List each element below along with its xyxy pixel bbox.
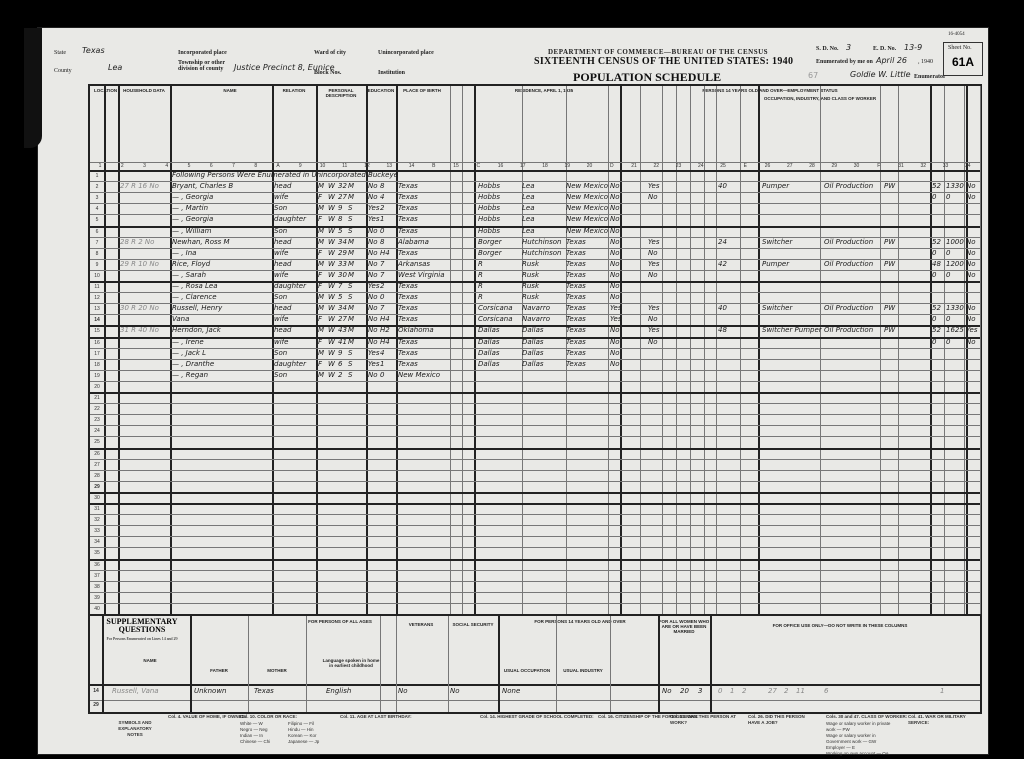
cell-city1935: Hobbs xyxy=(478,215,500,223)
row-divider xyxy=(90,603,980,604)
supp-col-language: Language spoken in home in earliest chil… xyxy=(322,658,380,668)
line-number: 18 xyxy=(91,362,103,368)
row-divider xyxy=(90,448,980,450)
supp-vdivider xyxy=(610,616,611,712)
cell-visit: 30 R 20 No xyxy=(120,304,159,312)
cell-county1935: Dallas xyxy=(522,360,544,368)
supp-office-code: 27 xyxy=(768,687,777,695)
cell-marital: S xyxy=(348,227,352,235)
cell-state1935: Texas xyxy=(566,338,586,346)
cell-relation: wife xyxy=(274,315,288,323)
cell-age: 2 xyxy=(338,371,342,379)
note-col14: Col. 14. HIGHEST GRADE OF SCHOOL COMPLET… xyxy=(480,714,594,720)
cell-grade: 7 xyxy=(380,260,384,268)
supp-office-code: 2 xyxy=(742,687,746,695)
cell-grade: 8 xyxy=(380,182,384,190)
column-number: 6 xyxy=(205,163,217,169)
cell-marital: M xyxy=(348,182,354,190)
line-number: 29 xyxy=(91,484,103,490)
cell-birthplace: Texas xyxy=(398,349,418,357)
cell-age: 30 xyxy=(338,271,347,279)
cell-age: 34 xyxy=(338,304,347,312)
race-codes: Filipino — Fil Hindu — Hin Korean — Kor … xyxy=(288,721,328,745)
cell-county1935: Lea xyxy=(522,215,535,223)
sd-label: S. D. No. xyxy=(816,46,839,52)
cell-name: Herndon, Jack xyxy=(172,326,221,334)
cell-race: W xyxy=(328,371,335,379)
supp-vdivider xyxy=(102,616,104,712)
cell-farm: No xyxy=(610,215,620,223)
cell-city1935: Borger xyxy=(478,238,502,246)
cell-school: No xyxy=(368,260,378,268)
population-schedule-grid: LOCATION HOUSEHOLD DATA NAME RELATION PE… xyxy=(88,84,982,616)
cell-school: No xyxy=(368,338,378,346)
column-number: 7 xyxy=(228,163,240,169)
cell-race: W xyxy=(328,282,335,290)
cell-occupation: Switcher Pumper xyxy=(762,326,822,334)
cell-at_work: No xyxy=(648,271,658,279)
cell-weeks: 0 xyxy=(932,315,936,323)
supp-vdivider xyxy=(306,616,307,712)
cell-school: No xyxy=(368,271,378,279)
class-code: Wage or salary worker in Government work… xyxy=(826,733,896,745)
cell-at_work: Yes xyxy=(648,260,659,268)
line-number: 16 xyxy=(91,340,103,346)
cell-name: — , Dranthe xyxy=(172,360,214,368)
cell-city1935: Dallas xyxy=(478,360,500,368)
cell-marital: M xyxy=(348,260,354,268)
cell-age: 8 xyxy=(338,215,342,223)
supp-title: SUPPLEMENTARY QUESTIONS xyxy=(94,618,190,634)
cell-name: — , Regan xyxy=(172,371,208,379)
cell-state1935: Texas xyxy=(566,326,586,334)
column-number: 24 xyxy=(695,163,707,169)
cell-race: W xyxy=(328,315,335,323)
cell-birthplace: Arkansas xyxy=(398,260,430,268)
cell-marital: S xyxy=(348,282,352,290)
cell-marital: S xyxy=(348,204,352,212)
cell-sex: M xyxy=(318,293,324,301)
line-number: 31 xyxy=(91,506,103,512)
cell-race: W xyxy=(328,249,335,257)
cell-age: 9 xyxy=(338,204,342,212)
row-divider xyxy=(90,470,980,471)
line-number: 13 xyxy=(91,306,103,312)
column-number: 30 xyxy=(851,163,863,169)
cell-relation: wife xyxy=(274,271,288,279)
cell-hours: 42 xyxy=(718,260,727,268)
line-number: 19 xyxy=(91,373,103,379)
cell-name: — , Irene xyxy=(172,338,204,346)
line-number: 20 xyxy=(91,384,103,390)
cell-birthplace: Texas xyxy=(398,182,418,190)
line-number: 29 xyxy=(90,702,102,708)
column-number: 8 xyxy=(250,163,262,169)
cell-birthplace: Texas xyxy=(398,215,418,223)
cell-other_income: Yes xyxy=(966,326,977,334)
cell-at_work: Yes xyxy=(648,238,659,246)
cell-sex: M xyxy=(318,349,324,357)
note-col4: Col. 4. VALUE OF HOME, IF OWNED: xyxy=(168,714,246,720)
cell-name: Russell, Henry xyxy=(172,304,222,312)
cell-grade: H4 xyxy=(380,338,390,346)
column-number: F xyxy=(873,163,885,169)
line-number: 34 xyxy=(91,539,103,545)
cell-class: PW xyxy=(884,304,895,312)
census-page: State Texas County Lea Incorporated plac… xyxy=(38,28,988,754)
cell-age: 9 xyxy=(338,349,342,357)
supp-vdivider xyxy=(380,616,381,712)
line-number: 15 xyxy=(91,328,103,334)
cell-birthplace: Texas xyxy=(398,282,418,290)
line-number: 39 xyxy=(91,595,103,601)
column-number: 3 xyxy=(139,163,151,169)
cell-city1935: R xyxy=(478,271,483,279)
cell-marital: M xyxy=(348,338,354,346)
cell-other_income: No xyxy=(966,338,976,346)
supp-vdivider xyxy=(658,616,660,712)
cell-age: 27 xyxy=(338,193,347,201)
column-number: 25 xyxy=(717,163,729,169)
cell-occupation: Switcher xyxy=(762,238,792,246)
cell-state1935: Texas xyxy=(566,260,586,268)
cell-marital: M xyxy=(348,249,354,257)
race-codes: White — W Negro — Neg Indian — In Chines… xyxy=(240,721,280,745)
cell-age: 29 xyxy=(338,249,347,257)
line-number: 36 xyxy=(91,562,103,568)
cell-other_income: No xyxy=(966,304,976,312)
cell-industry: Oil Production xyxy=(824,260,873,268)
column-number: 4 xyxy=(161,163,173,169)
class-codes: Wage or salary worker in private work — … xyxy=(826,721,896,757)
cell-farm: No xyxy=(610,360,620,368)
cell-name: — , Georgia xyxy=(172,193,213,201)
cell-farm: No xyxy=(610,326,620,334)
column-number: 2 xyxy=(116,163,128,169)
supp-father-birthplace: Unknown xyxy=(194,687,227,695)
cell-age: 41 xyxy=(338,338,347,346)
column-number: 5 xyxy=(183,163,195,169)
cell-city1935: Dallas xyxy=(478,338,500,346)
column-number: 29 xyxy=(828,163,840,169)
supp-col-social-security: SOCIAL SECURITY xyxy=(448,622,498,627)
cell-city1935: Hobbs xyxy=(478,193,500,201)
column-number: 16 xyxy=(495,163,507,169)
county-value: Lea xyxy=(108,63,122,72)
cell-hours: 40 xyxy=(718,304,727,312)
line-number: 14 xyxy=(91,317,103,323)
cell-relation: wife xyxy=(274,193,288,201)
supp-vdivider xyxy=(248,616,249,712)
cell-weeks: 0 xyxy=(932,338,936,346)
cell-name: Bryant, Charles B xyxy=(172,182,233,190)
cell-grade: H4 xyxy=(380,249,390,257)
cell-city1935: Corsicana xyxy=(478,315,513,323)
line-number: 10 xyxy=(91,273,103,279)
supp-office-code: 0 xyxy=(718,687,722,695)
cell-name: Vana xyxy=(172,315,189,323)
cell-school: Yes xyxy=(368,215,379,223)
row-divider xyxy=(90,370,980,371)
column-number: 34 xyxy=(962,163,974,169)
cell-farm: No xyxy=(610,282,620,290)
cell-at_work: Yes xyxy=(648,304,659,312)
county-label: County xyxy=(54,68,72,74)
line-number: 24 xyxy=(91,428,103,434)
cell-hours: 40 xyxy=(718,182,727,190)
cell-other_income: No xyxy=(966,260,976,268)
cell-relation: daughter xyxy=(274,360,306,368)
row-divider xyxy=(90,392,980,394)
cell-at_work: No xyxy=(648,193,658,201)
cell-marital: S xyxy=(348,215,352,223)
cell-industry: Oil Production xyxy=(824,304,873,312)
cell-weeks: 48 xyxy=(932,260,941,268)
column-number: 31 xyxy=(895,163,907,169)
cell-sex: F xyxy=(318,215,322,223)
column-number: C xyxy=(472,163,484,169)
cell-relation: head xyxy=(274,238,291,246)
row-divider xyxy=(90,570,980,571)
cell-school: Yes xyxy=(368,282,379,290)
sheet-value: 61A xyxy=(952,55,974,69)
cell-birthplace: Texas xyxy=(398,227,418,235)
cell-age: 33 xyxy=(338,260,347,268)
column-number-divider xyxy=(90,162,980,163)
explanatory-notes: SYMBOLS AND EXPLANATORY NOTES Col. 4. VA… xyxy=(88,712,978,752)
cell-age: 43 xyxy=(338,326,347,334)
row-divider xyxy=(90,547,980,548)
cell-city1935: Borger xyxy=(478,249,502,257)
supp-veteran: No xyxy=(398,687,408,695)
cell-county1935: Dallas xyxy=(522,349,544,357)
cell-sex: M xyxy=(318,182,324,190)
supp-office-use: FOR OFFICE USE ONLY—DO NOT WRITE IN THES… xyxy=(710,623,970,628)
line-number: 27 xyxy=(91,462,103,468)
cell-school: No xyxy=(368,304,378,312)
line-number: 11 xyxy=(91,284,103,290)
row-divider xyxy=(90,536,980,537)
supp-mother-birthplace: Texas xyxy=(254,687,274,695)
column-number: 17 xyxy=(517,163,529,169)
cell-class: PW xyxy=(884,182,895,190)
supp-age-first-marriage: 20 xyxy=(680,687,689,695)
cell-class: PW xyxy=(884,238,895,246)
cell-grade: 8 xyxy=(380,238,384,246)
ed-label: E. D. No. xyxy=(873,46,896,52)
cell-school: No xyxy=(368,227,378,235)
cell-state1935: New Mexico xyxy=(566,227,608,235)
cell-weeks: 0 xyxy=(932,249,936,257)
row-divider xyxy=(90,203,980,204)
cell-relation: Son xyxy=(274,371,287,379)
cell-farm: Yes xyxy=(610,315,621,323)
cell-county1935: Rusk xyxy=(522,293,539,301)
col-group-household: HOUSEHOLD DATA xyxy=(118,88,170,93)
cell-at_work: No xyxy=(648,315,658,323)
cell-city1935: R xyxy=(478,293,483,301)
note-col10: Col. 10. COLOR OR RACE: xyxy=(240,714,297,720)
sheet-label: Sheet No. xyxy=(948,45,972,51)
cell-grade: 0 xyxy=(380,371,384,379)
cell-at_work: Yes xyxy=(648,326,659,334)
column-number: 10 xyxy=(317,163,329,169)
column-number: 22 xyxy=(650,163,662,169)
cell-relation: Son xyxy=(274,349,287,357)
line-number: 5 xyxy=(91,217,103,223)
cell-other_income: No xyxy=(966,271,976,279)
cell-income: 1200 xyxy=(946,260,964,268)
col-group-education: EDUCATION xyxy=(366,88,396,93)
column-number: 12 xyxy=(361,163,373,169)
cell-sex: M xyxy=(318,326,324,334)
state-value: Texas xyxy=(82,46,105,55)
cell-age: 34 xyxy=(338,238,347,246)
cell-sex: F xyxy=(318,360,322,368)
cell-name: — , Rosa Lea xyxy=(172,282,217,290)
cell-marital: M xyxy=(348,193,354,201)
note-col30: Cols. 30 and 47. CLASS OF WORKER: xyxy=(826,714,907,720)
form-number: 16-4054 xyxy=(948,32,965,37)
row-divider xyxy=(90,226,980,228)
cell-marital: M xyxy=(348,271,354,279)
column-divider xyxy=(620,86,622,614)
cell-race: W xyxy=(328,271,335,279)
cell-marital: M xyxy=(348,326,354,334)
cell-income: 1000 xyxy=(946,238,964,246)
cell-school: No xyxy=(368,371,378,379)
row-divider xyxy=(90,525,980,526)
col-group-birthplace: PLACE OF BIRTH xyxy=(396,88,448,93)
line-number: 6 xyxy=(91,229,103,235)
ed-value: 13-9 xyxy=(904,43,922,52)
cell-occupation: Pumper xyxy=(762,182,789,190)
column-divider xyxy=(690,86,691,614)
cell-visit: 31 R 40 No xyxy=(120,326,159,334)
page-stamp: 67 xyxy=(808,71,818,80)
line-number: 7 xyxy=(91,240,103,246)
cell-marital: M xyxy=(348,238,354,246)
note-col26: Col. 26. DID THIS PERSON HAVE A JOB? xyxy=(748,714,818,726)
cell-name: — , Clarence xyxy=(172,293,217,301)
column-number: 11 xyxy=(339,163,351,169)
cell-farm: Yes xyxy=(610,304,621,312)
cell-state1935: New Mexico xyxy=(566,204,608,212)
supp-usual-occupation: None xyxy=(502,687,520,695)
cell-sex: F xyxy=(318,193,322,201)
cell-race: W xyxy=(328,326,335,334)
cell-county1935: Rusk xyxy=(522,282,539,290)
line-number: 40 xyxy=(91,606,103,612)
column-number: 33 xyxy=(940,163,952,169)
cell-age: 27 xyxy=(338,315,347,323)
cell-race: W xyxy=(328,193,335,201)
cell-state1935: New Mexico xyxy=(566,215,608,223)
line-number: 38 xyxy=(91,584,103,590)
cell-birthplace: Texas xyxy=(398,204,418,212)
column-divider xyxy=(980,86,981,614)
note-col11: Col. 11. AGE AT LAST BIRTHDAY: xyxy=(340,714,412,720)
cell-grade: 2 xyxy=(380,204,384,212)
cell-state1935: Texas xyxy=(566,249,586,257)
row-divider xyxy=(90,459,980,460)
line-number: 25 xyxy=(91,439,103,445)
cell-birthplace: Texas xyxy=(398,304,418,312)
row-divider xyxy=(90,192,980,193)
row-divider xyxy=(90,514,980,515)
supp-office-code: 6 xyxy=(824,687,828,695)
line-number: 21 xyxy=(91,395,103,401)
cell-at_work: Yes xyxy=(648,182,659,190)
cell-relation: Son xyxy=(274,293,287,301)
supp-language: English xyxy=(326,687,351,695)
cell-race: W xyxy=(328,227,335,235)
cell-age: 32 xyxy=(338,182,347,190)
cell-income: 0 xyxy=(946,249,950,257)
state-label: State xyxy=(54,50,66,56)
line-number: 12 xyxy=(91,295,103,301)
row-divider xyxy=(90,414,980,415)
row-divider xyxy=(90,581,980,582)
note-col21: Col. 21. WAS THIS PERSON AT WORK? xyxy=(670,714,740,726)
column-number: E xyxy=(739,163,751,169)
cell-name: — , Martin xyxy=(172,204,208,212)
class-code: Working on own account — OA xyxy=(826,751,896,757)
cell-city1935: Dallas xyxy=(478,326,500,334)
cell-grade: 2 xyxy=(380,282,384,290)
supp-divider xyxy=(90,684,980,686)
schedule-title: POPULATION SCHEDULE xyxy=(573,70,721,85)
col-group-employment: PERSONS 14 YEARS OLD AND OVER—EMPLOYMENT… xyxy=(620,88,920,93)
cell-state1935: Texas xyxy=(566,349,586,357)
cell-relation: daughter xyxy=(274,215,306,223)
cell-other_income: No xyxy=(966,193,976,201)
cell-visit: 27 R 16 No xyxy=(120,182,159,190)
supp-social-security: No xyxy=(450,687,460,695)
cell-other_income: No xyxy=(966,182,976,190)
cell-school: No xyxy=(368,326,378,334)
cell-school: Yes xyxy=(368,360,379,368)
row-divider xyxy=(90,503,980,505)
cell-school: No xyxy=(368,249,378,257)
cell-state1935: Texas xyxy=(566,293,586,301)
cell-visit: 28 R 2 No xyxy=(120,238,154,246)
column-number: 28 xyxy=(806,163,818,169)
supp-subtitle: For Persons Enumerated on Lines 14 and 2… xyxy=(94,636,190,641)
line-number: 4 xyxy=(91,206,103,212)
cell-city1935: R xyxy=(478,282,483,290)
cell-farm: No xyxy=(610,260,620,268)
row-divider xyxy=(90,381,980,382)
cell-weeks: 52 xyxy=(932,238,941,246)
township-label: Township or other division of county xyxy=(178,60,238,72)
line-number: 3 xyxy=(91,195,103,201)
cell-income: 0 xyxy=(946,338,950,346)
cell-hours: 48 xyxy=(718,326,727,334)
cell-county1935: Dallas xyxy=(522,326,544,334)
cell-other_income: No xyxy=(966,315,976,323)
cell-occupation: Pumper xyxy=(762,260,789,268)
cell-sex: F xyxy=(318,249,322,257)
column-divider xyxy=(640,86,641,614)
cell-county1935: Rusk xyxy=(522,260,539,268)
cell-city1935: R xyxy=(478,260,483,268)
cell-sex: M xyxy=(318,227,324,235)
column-number: 27 xyxy=(784,163,796,169)
incorporated-place-label: Incorporated place xyxy=(178,50,227,56)
row-divider xyxy=(90,592,980,593)
column-number: 15 xyxy=(450,163,462,169)
